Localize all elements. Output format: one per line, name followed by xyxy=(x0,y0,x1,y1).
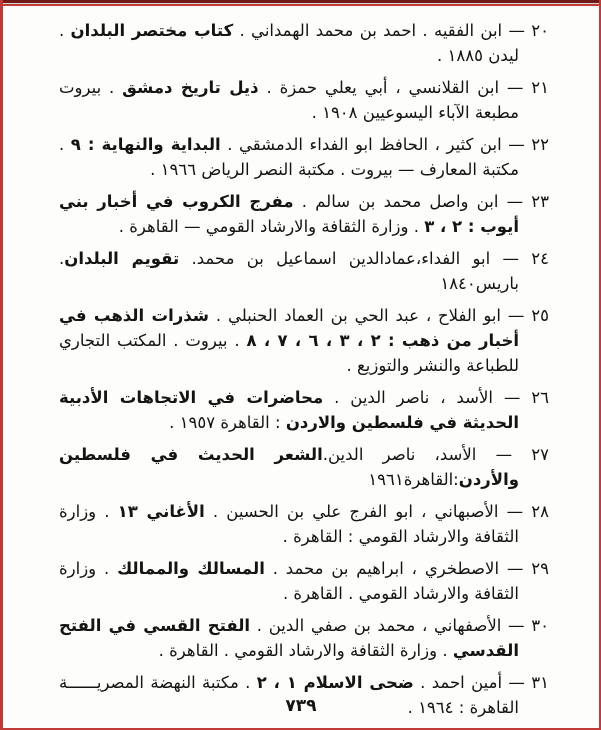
entry-number: ٢٣ — xyxy=(498,192,549,211)
bibliography-entry: ٢٩ — الاصطخري ، ابراهيم بن محمد . المسال… xyxy=(59,556,549,606)
entry-text-segment: ابن واصل محمد بن سالم . xyxy=(294,192,499,211)
entry-text-segment: أمين احمد . xyxy=(414,673,502,692)
entry-text-segment: الاصطخري ، ابراهيم بن محمد . xyxy=(265,559,499,578)
entry-number: ٢٤ — xyxy=(490,249,549,268)
entry-text-segment: ابو الفداء،عمادالدين اسماعيل بن محمد. xyxy=(179,249,490,268)
entry-number: ٢٥ — xyxy=(501,306,549,325)
bibliography-entry: ٣٠ — الأصفهاني ، محمد بن صفي الدين . الف… xyxy=(59,613,549,663)
bibliography-entry: ٢٤ — ابو الفداء،عمادالدين اسماعيل بن محم… xyxy=(59,246,549,296)
entry-text-segment: :القاهرة١٩٦١ xyxy=(368,470,458,489)
entry-text-segment: الأصفهاني ، محمد بن صفي الدين . xyxy=(250,616,501,635)
entry-text-segment: . وزارة الثقافة والارشاد القومي . القاهر… xyxy=(159,641,453,660)
entry-text-segment: الأسد ، ناصر الدين . xyxy=(323,388,493,407)
bibliography-entry: ٢٣ — ابن واصل محمد بن سالم . مفرج الكروب… xyxy=(59,189,549,239)
entry-number: ٣١ — xyxy=(502,673,549,692)
entry-title-segment: ضحى الاسلام ١ ، ٢ xyxy=(257,673,414,692)
entry-title-segment: ذيل تاريخ دمشق xyxy=(122,78,258,97)
entry-number: ٣٠ — xyxy=(501,616,549,635)
bibliography-entry: ٢١ — ابن القلانسي ، أبي يعلي حمزة . ذيل … xyxy=(59,75,549,125)
entry-title-segment: كتاب مختصر البلدان xyxy=(71,21,234,40)
bibliography-entry: ٢٥ — ابو الفلاح ، عبد الحي بن العماد الح… xyxy=(59,303,549,378)
entry-number: ٢٨ — xyxy=(499,502,550,521)
entry-text-segment: ابو الفلاح ، عبد الحي بن العماد الحنبلي … xyxy=(209,306,501,325)
page-number: ٧٣٩ xyxy=(3,696,599,716)
entry-number: ٢٠ — xyxy=(502,21,549,40)
entry-title-segment: المسالك والممالك xyxy=(117,559,265,578)
scanned-page: ٢٠ — ابن الفقيه . احمد بن محمد الهمداني … xyxy=(0,0,601,730)
bibliography-entry: ٢٠ — ابن الفقيه . احمد بن محمد الهمداني … xyxy=(59,18,549,68)
entry-number: ٢٢ — xyxy=(502,135,549,154)
entry-title-segment: البداية والنهاية : ٩ xyxy=(71,135,221,154)
entry-title-segment: الأغاني ١٣ xyxy=(118,502,205,521)
entry-number: ٢٦ — xyxy=(493,388,549,407)
entry-text-segment: . وزارة الثقافة والارشاد القومي — القاهر… xyxy=(119,217,424,236)
entry-text-segment: ابن القلانسي ، أبي يعلي حمزة . xyxy=(259,78,499,97)
entry-text-segment: الأصبهاني ، ابو الفرج علي بن الحسين . xyxy=(205,502,499,521)
entry-title-segment: تقويم البلدان xyxy=(64,249,179,268)
entry-text-segment: الأسد، ناصر الدين. xyxy=(323,445,477,464)
bibliography-entry: ٢٢ — ابن كثير ، الحافظ ابو الفداء الدمشق… xyxy=(59,132,549,182)
entry-text-segment: ابن كثير ، الحافظ ابو الفداء الدمشقي . xyxy=(221,135,502,154)
bibliography-list: ٢٠ — ابن الفقيه . احمد بن محمد الهمداني … xyxy=(3,6,599,720)
bibliography-entry: ٢٦ — الأسد ، ناصر الدين . محاضرات في الا… xyxy=(59,385,549,435)
entry-number: ٢٩ — xyxy=(499,559,549,578)
entry-number: ٢٧ — xyxy=(476,445,549,464)
bibliography-entry: ٢٧ — الأسد، ناصر الدين.الشعر الحديث في ف… xyxy=(59,442,549,492)
bibliography-entry: ٢٨ — الأصبهاني ، ابو الفرج علي بن الحسين… xyxy=(59,499,549,549)
entry-text-segment: : القاهرة ١٩٥٧ . xyxy=(169,413,286,432)
entry-text-segment: ابن الفقيه . احمد بن محمد الهمداني . xyxy=(233,21,502,40)
entry-number: ٢١ — xyxy=(499,78,549,97)
